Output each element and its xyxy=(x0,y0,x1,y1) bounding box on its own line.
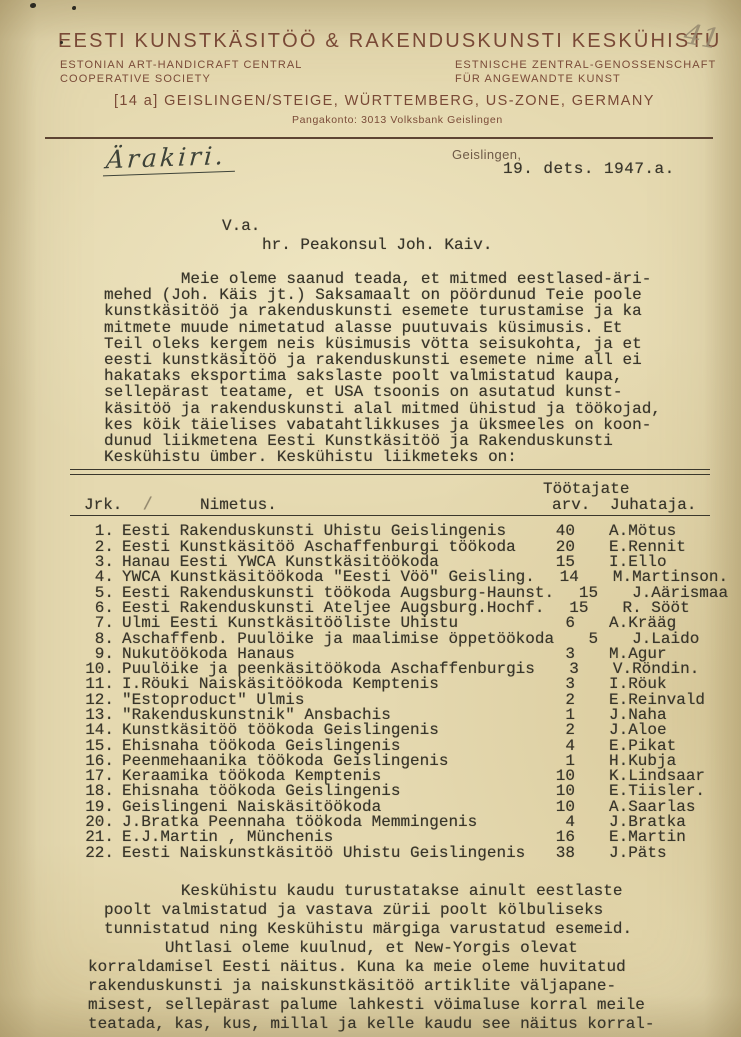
table-row: 22.Eesti Naiskunstkäsitöö Uhistu Geislin… xyxy=(70,846,710,861)
member-count: 38 xyxy=(531,846,575,861)
member-count: 5 xyxy=(554,632,598,647)
letterhead-subtitle-en-line2: COOPERATIVE SOCIETY xyxy=(60,72,455,86)
page-number-pencil: 41 xyxy=(681,17,722,56)
letterhead-subtitles: ESTONIAN ART-HANDICRAFT CENTRAL COOPERAT… xyxy=(60,58,741,86)
annotation-and-date-row: Ärakiri. Geislingen, 19. dets. 1947.a. xyxy=(0,139,741,201)
member-name: Eesti Naiskunstkäsitöö Uhistu Geislingen… xyxy=(114,846,531,861)
letterhead-title: EESTI KUNSTKÄSITÖÖ & RAKENDUSKUNSTI KESK… xyxy=(58,30,741,53)
paragraph-exhibition: Uhtlasi oleme kuulnud, et New-Yorgis ole… xyxy=(88,939,711,1034)
pencil-tick-mark: / xyxy=(145,493,150,512)
col-juhataja-label: Juhataja. xyxy=(610,496,696,514)
members-table: Töötajate Jrk. / Nimetus. arv. Juhataja.… xyxy=(70,469,710,861)
letterhead-subtitle-de-line2: FÜR ANGEWANDTE KUNST xyxy=(455,72,716,86)
letterhead-bank-account: Pangakonto: 3013 Volksbank Geislingen xyxy=(292,114,741,126)
ink-speck xyxy=(72,6,76,10)
member-leader: J.Päts xyxy=(575,846,710,861)
letterhead-subtitle-de-line1: ESTNISCHE ZENTRAL-GENOSSENSCHAFT xyxy=(455,58,716,72)
member-index: 22. xyxy=(70,846,114,861)
date-text: 19. dets. 1947.a. xyxy=(503,160,675,178)
letterhead-address: [14 a] GEISLINGEN/STEIGE, WÜRTTEMBERG, U… xyxy=(114,93,741,109)
ink-speck xyxy=(60,41,63,44)
salutation-abbrev: V.a. xyxy=(222,217,741,235)
ink-speck xyxy=(30,3,36,8)
document-page: { "colors": { "paper": "#e5d9b0", "lette… xyxy=(0,0,741,1037)
copy-note-handwritten: Ärakiri. xyxy=(103,141,237,177)
table-header: Töötajate Jrk. / Nimetus. arv. Juhataja. xyxy=(70,480,710,516)
letterhead: EESTI KUNSTKÄSITÖÖ & RAKENDUSKUNSTI KESK… xyxy=(0,30,741,139)
paragraph-marketing: Keskühistu kaudu turustatakse ainult ees… xyxy=(104,882,711,939)
paper-sheet: 41 EESTI KUNSTKÄSITÖÖ & RAKENDUSKUNSTI K… xyxy=(0,0,741,1037)
table-top-rule xyxy=(70,469,710,475)
col-jrk-label: Jrk. xyxy=(84,496,122,514)
salutation-addressee: hr. Peakonsul Joh. Kaiv. xyxy=(262,236,741,254)
salutation: V.a. hr. Peakonsul Joh. Kaiv. xyxy=(0,217,741,254)
letterhead-subtitle-en-line1: ESTONIAN ART-HANDICRAFT CENTRAL xyxy=(60,58,455,72)
paragraph-intro: Meie oleme saanud teada, et mitmed eestl… xyxy=(104,271,711,465)
col-nimetus-label: Nimetus. xyxy=(200,496,277,514)
table-body: 1.Eesti Rakenduskunsti Uhistu Geislingen… xyxy=(70,524,710,861)
col-arv-label: arv. xyxy=(552,496,590,514)
